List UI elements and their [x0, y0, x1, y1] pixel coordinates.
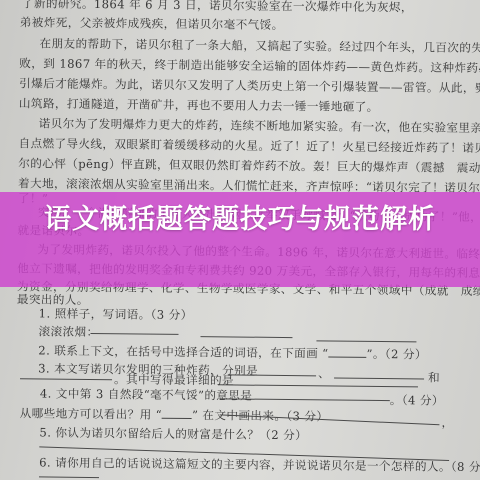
- passage-line: 弟被炸死，父亲被炸成残疾，但诺贝尔毫不气馁。: [20, 14, 284, 33]
- passage-line: 败，到 1867 年的秋天，终于制造出能够安全运输的固体炸药——黄色炸药。这种炸…: [19, 55, 480, 76]
- question-6: 6. 请你用自己的话说说这篇短文的主要内容，并说说诺贝尔是一个怎样的人。（8 分…: [39, 454, 480, 475]
- separator: 、: [318, 365, 330, 381]
- underline-sample: [162, 408, 192, 419]
- answer-blank-1c[interactable]: [316, 340, 416, 342]
- answer-blank-3b[interactable]: [334, 378, 424, 380]
- question-4-line2-text: 从哪些地方可以看出？用 “: [20, 406, 162, 421]
- answer-blank-6[interactable]: [39, 476, 99, 478]
- question-4: 4. 文中第 3 自然段“毫不气馁”的意思是: [40, 385, 253, 403]
- passage-line: 引爆后才能爆炸。为此，诺贝尔又发明了人类历史上第一个引爆装置——雷管。从此，劈: [19, 75, 480, 96]
- passage-line: 了新的研究。1864 年 6 月 3 日，诺贝尔实验室在一次爆炸中化为灰烬，: [22, 0, 413, 15]
- banner-title: 语文概括题答题技巧与规范解析: [0, 203, 480, 237]
- question-4-comma: ，: [442, 415, 454, 431]
- passage-line: 山筑路，打通隧道，开凿矿井，再也不要用人力去一锤一锤地砸了。: [19, 95, 379, 115]
- question-3-and: 和: [428, 370, 440, 386]
- question-2-score: ”。（2 分）: [366, 347, 427, 362]
- passage-line: 在朋友的帮助下，诺贝尔租了一条大船，又搞起了实验。经过四个年头，几百次的失: [39, 35, 480, 56]
- question-2-text: 2. 联系上下文，在括号中选择合适的词语，在下面画 “: [38, 343, 328, 360]
- underline-sample: [329, 346, 367, 357]
- question-1-example: 滚滚浓烟：: [38, 323, 98, 340]
- question-4-score: 。（4 分）: [390, 392, 444, 409]
- answer-blank-1a[interactable]: [91, 333, 179, 335]
- answer-blank-3c[interactable]: [20, 378, 112, 380]
- passage-line: 自点燃了导火线，双眼紧盯着缓缓移动的火星。近了！近了！火星已经接近炸药了！诺贝: [18, 135, 480, 156]
- passage-line: 诺贝尔为了发明爆炸力更大的炸药，连续不断地加紧实验。有一次，他在实验室里亲: [39, 115, 480, 136]
- answer-blank-1b[interactable]: [200, 336, 292, 338]
- question-4-line2: 从哪些地方可以看出？用 “” 在文中画出来。（3 分）: [20, 405, 329, 424]
- question-5: 5. 你认为诺贝尔留给后人的财富是什么？（2 分）: [39, 424, 307, 443]
- question-2: 2. 联系上下文，在括号中选择合适的词语，在下面画 “”。（2 分）: [38, 342, 427, 362]
- passage-line: 尔的心怦（pēng）怦直跳，但双眼仍然盯着炸药不放。轰！巨大的爆炸声（震撼 震动…: [18, 155, 480, 176]
- question-1: 1. 照样子，写词语。（3 分）: [39, 305, 193, 323]
